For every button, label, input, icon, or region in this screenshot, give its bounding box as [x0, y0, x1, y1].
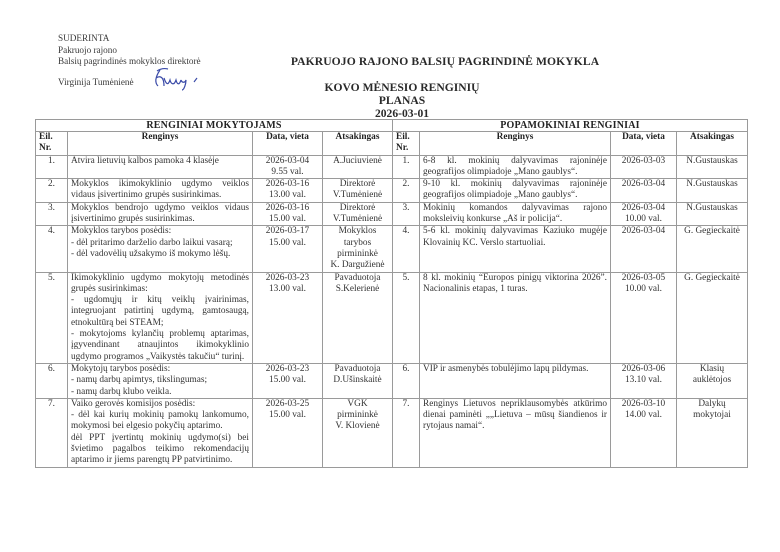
responsible: N.Gustauskas: [677, 155, 748, 179]
plan-title-line-2: PLANAS: [24, 94, 780, 107]
responsible: VGKpirmininkėV. Klovienė: [323, 398, 393, 467]
time: 13.10 val.: [614, 375, 673, 386]
text-line: Dalykų: [680, 399, 744, 410]
event-date: 2026-03-03: [611, 155, 677, 179]
row-number: 7.: [36, 398, 68, 467]
col-header-event: Renginys: [68, 132, 253, 156]
table-row: 2.Mokyklos ikimokyklinio ugdymo veiklos …: [36, 179, 748, 203]
date: 2026-03-05: [614, 273, 673, 284]
text-line: V. Klovienė: [326, 421, 389, 432]
text-line: Klasių: [680, 364, 744, 375]
text-line: Mokyklos ikimokyklinio ugdymo veiklos vi…: [71, 179, 249, 202]
event-description: Mokyklos ikimokyklinio ugdymo veiklos vi…: [68, 179, 253, 203]
time: 15.00 val.: [256, 375, 319, 386]
date: 2026-03-04: [614, 203, 673, 214]
responsible: DirektorėV.Tumėnienė: [323, 179, 393, 203]
col-header-responsible: Atsakingas: [677, 132, 748, 156]
text-line: Mokytojų tarybos posėdis:: [71, 364, 249, 375]
time: 10.00 val.: [614, 284, 673, 295]
col-header-nr: Eil.Nr.: [36, 132, 68, 156]
time: 13.00 val.: [256, 190, 319, 201]
time: 10.00 val.: [614, 214, 673, 225]
responsible: G. Gegieckaitė: [677, 272, 748, 363]
date: 2026-03-10: [614, 399, 673, 410]
event-date: 2026-03-2515.00 val.: [253, 398, 323, 467]
date: 2026-03-16: [256, 179, 319, 190]
text-line: Direktorė: [326, 179, 389, 190]
col-header-responsible: Atsakingas: [323, 132, 393, 156]
approval-label: SUDERINTA: [58, 33, 201, 45]
text-line: - ugdomųjų ir kitų veiklų įvairinimas, i…: [71, 295, 249, 329]
event-description: 8 kl. mokinių “Europos pinigų viktorina …: [420, 272, 611, 363]
event-date: 2026-03-0613.10 val.: [611, 363, 677, 398]
time: 15.00 val.: [256, 238, 319, 249]
text-line: - dėl kai kurių mokinių pamokų lankomumo…: [71, 410, 249, 433]
text-line: G. Gegieckaitė: [680, 273, 744, 284]
text-line: - mokytojoms kylančių problemų aptarimas…: [71, 329, 249, 363]
event-description: 6-8 kl. mokinių dalyvavimas rajoninėje g…: [420, 155, 611, 179]
text-line: K. Dargužienė: [326, 260, 389, 271]
text-line: S.Kelerienė: [326, 284, 389, 295]
events-table: RENGINIAI MOKYTOJAMS POPAMOKINIAI RENGIN…: [35, 119, 748, 468]
date: 2026-03-06: [614, 364, 673, 375]
table-row: 7.Vaiko gerovės komisijos posėdis:- dėl …: [36, 398, 748, 467]
date: 2026-03-23: [256, 273, 319, 284]
event-date: 2026-03-049.55 val.: [253, 155, 323, 179]
row-number: 6.: [36, 363, 68, 398]
time: 14.00 val.: [614, 410, 673, 421]
event-description: Atvira lietuvių kalbos pamoka 4 klasėje: [68, 155, 253, 179]
event-description: Renginys Lietuvos nepriklausomybės atkūr…: [420, 398, 611, 467]
table-row: 5.Ikimokyklinio ugdymo mokytojų metodinė…: [36, 272, 748, 363]
responsible: Klasiųauklėtojos: [677, 363, 748, 398]
date: 2026-03-17: [256, 226, 319, 237]
responsible: A.Juciuvienė: [323, 155, 393, 179]
event-date: 2026-03-1014.00 val.: [611, 398, 677, 467]
text-line: VGK: [326, 399, 389, 410]
text-line: G. Gegieckaitė: [680, 226, 744, 237]
date: 2026-03-03: [614, 156, 673, 167]
table-row: 6.Mokytojų tarybos posėdis:- namų darbų …: [36, 363, 748, 398]
time: 13.00 val.: [256, 284, 319, 295]
text-line: pirmininkė: [326, 249, 389, 260]
table-row: 1.Atvira lietuvių kalbos pamoka 4 klasėj…: [36, 155, 748, 179]
text-line: - namų darbų apimtys, tikslingumas;: [71, 375, 249, 386]
text-line: Pavaduotoja: [326, 364, 389, 375]
date: 2026-03-16: [256, 203, 319, 214]
row-number: 2.: [36, 179, 68, 203]
responsible: N.Gustauskas: [677, 179, 748, 203]
row-number: 6.: [393, 363, 420, 398]
table-row: 4.Mokyklos tarybos posėdis:- dėl pritari…: [36, 226, 748, 272]
event-description: 5-6 kl. mokinių dalyvavimas Kaziuko mugė…: [420, 226, 611, 272]
row-number: 1.: [393, 155, 420, 179]
event-description: Vaiko gerovės komisijos posėdis:- dėl ka…: [68, 398, 253, 467]
row-number: 4.: [36, 226, 68, 272]
time: 15.00 val.: [256, 410, 319, 421]
text-line: V.Tumėnienė: [326, 214, 389, 225]
text-line: Direktorė: [326, 203, 389, 214]
col-header-event: Renginys: [420, 132, 611, 156]
plan-title: KOVO MĖNESIO RENGINIŲ PLANAS 2026-03-01: [0, 81, 780, 120]
text-line: Mokyklos: [326, 226, 389, 237]
event-description: Mokyklos bendrojo ugdymo veiklos vidaus …: [68, 202, 253, 226]
time: 9.55 val.: [256, 167, 319, 178]
event-date: 2026-03-1613.00 val.: [253, 179, 323, 203]
responsible: G. Gegieckaitė: [677, 226, 748, 272]
text-line: auklėtojos: [680, 375, 744, 386]
date: 2026-03-04: [256, 156, 319, 167]
row-number: 5.: [36, 272, 68, 363]
col-header-date: Data, vieta: [611, 132, 677, 156]
event-date: 2026-03-1715.00 val.: [253, 226, 323, 272]
text-line: - namų darbų klubo veikla.: [71, 387, 249, 398]
col-header-nr: Eil.Nr.: [393, 132, 420, 156]
text-line: Mokyklos tarybos posėdis:: [71, 226, 249, 237]
text-line: tarybos: [326, 238, 389, 249]
responsible: Dalykųmokytojai: [677, 398, 748, 467]
text-line: N.Gustauskas: [680, 179, 744, 190]
text-line: - dėl pritarimo darželio darbo laikui va…: [71, 238, 249, 249]
row-number: 5.: [393, 272, 420, 363]
school-name: PAKRUOJO RAJONO BALSIŲ PAGRINDINĖ MOKYKL…: [0, 55, 780, 68]
text-line: Pavaduotoja: [326, 273, 389, 284]
text-line: V.Tumėnienė: [326, 190, 389, 201]
date: 2026-03-25: [256, 399, 319, 410]
text-line: Vaiko gerovės komisijos posėdis:: [71, 399, 249, 410]
row-number: 3.: [36, 202, 68, 226]
text-line: D.Ušinskaitė: [326, 375, 389, 386]
time: 15.00 val.: [256, 214, 319, 225]
event-date: 2026-03-2313.00 val.: [253, 272, 323, 363]
responsible: DirektorėV.Tumėnienė: [323, 202, 393, 226]
text-line: N.Gustauskas: [680, 203, 744, 214]
row-number: 1.: [36, 155, 68, 179]
event-description: Ikimokyklinio ugdymo mokytojų metodinės …: [68, 272, 253, 363]
text-line: Ikimokyklinio ugdymo mokytojų metodinės …: [71, 273, 249, 296]
event-description: Mokinių komandos dalyvavimas rajono moks…: [420, 202, 611, 226]
event-date: 2026-03-1615.00 val.: [253, 202, 323, 226]
text-line: - dėl vadovėlių užsakymo iš mokymo lėšų.: [71, 249, 249, 260]
col-header-date: Data, vieta: [253, 132, 323, 156]
text-line: dėl PPT įvertintų mokinių ugdymo(si) bei…: [71, 433, 249, 467]
text-line: N.Gustauskas: [680, 156, 744, 167]
event-description: Mokytojų tarybos posėdis:- namų darbų ap…: [68, 363, 253, 398]
responsible: MokyklostarybospirmininkėK. Dargužienė: [323, 226, 393, 272]
text-line: mokytojai: [680, 410, 744, 421]
text-line: Atvira lietuvių kalbos pamoka 4 klasėje: [71, 156, 249, 167]
event-description: Mokyklos tarybos posėdis:- dėl pritarimo…: [68, 226, 253, 272]
text-line: A.Juciuvienė: [326, 156, 389, 167]
responsible: PavaduotojaS.Kelerienė: [323, 272, 393, 363]
row-number: 4.: [393, 226, 420, 272]
date: 2026-03-04: [614, 179, 673, 190]
text-line: pirmininkė: [326, 410, 389, 421]
event-date: 2026-03-0410.00 val.: [611, 202, 677, 226]
responsible: PavaduotojaD.Ušinskaitė: [323, 363, 393, 398]
event-date: 2026-03-04: [611, 179, 677, 203]
section-title-teachers: RENGINIAI MOKYTOJAMS: [36, 120, 393, 132]
event-date: 2026-03-2315.00 val.: [253, 363, 323, 398]
row-number: 7.: [393, 398, 420, 467]
table-row: 3.Mokyklos bendrojo ugdymo veiklos vidau…: [36, 202, 748, 226]
event-date: 2026-03-04: [611, 226, 677, 272]
plan-title-line-1: KOVO MĖNESIO RENGINIŲ: [24, 81, 780, 94]
section-title-extracurricular: POPAMOKINIAI RENGINIAI: [393, 120, 748, 132]
text-line: Mokyklos bendrojo ugdymo veiklos vidaus …: [71, 203, 249, 226]
row-number: 2.: [393, 179, 420, 203]
event-date: 2026-03-0510.00 val.: [611, 272, 677, 363]
responsible: N.Gustauskas: [677, 202, 748, 226]
event-description: 9-10 kl. mokinių dalyvavimas rajoninėje …: [420, 179, 611, 203]
row-number: 3.: [393, 202, 420, 226]
date: 2026-03-23: [256, 364, 319, 375]
event-description: VIP ir asmenybės tobulėjimo lapų pildyma…: [420, 363, 611, 398]
date: 2026-03-04: [614, 226, 673, 237]
